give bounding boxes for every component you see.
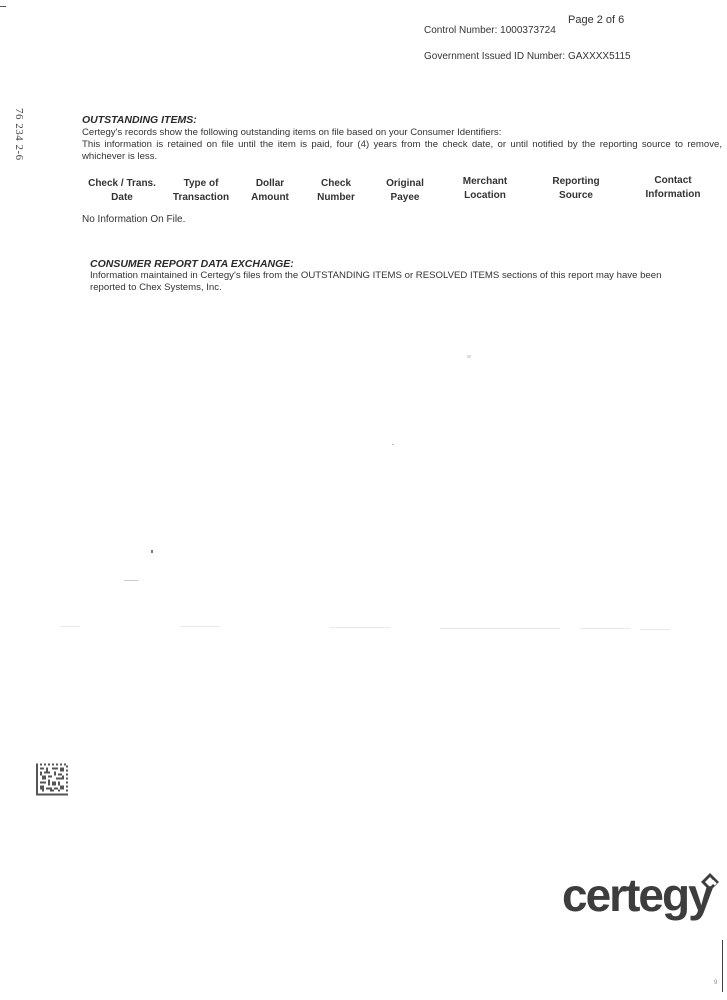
column-header-transaction-type: Type of Transaction [166,177,236,205]
column-header-dollar-amount: Dollar Amount [242,177,298,205]
column-header-line: Source [544,189,608,203]
scan-artifact-line [180,626,220,627]
column-header-merchant-location: Merchant Location [452,175,518,203]
column-header-original-payee: Original Payee [376,177,434,205]
column-header-line: Information [638,188,708,202]
column-header-check-number: Check Number [308,177,364,205]
scan-artifact-line [580,628,630,629]
column-header-line: Dollar [242,177,298,191]
column-header-line: Contact [638,174,708,188]
scan-artifact-line [640,629,670,630]
column-header-check-date: Check / Trans. Date [84,177,160,205]
column-header-line: Transaction [166,191,236,205]
outstanding-items-line1: Certegy's records show the following out… [82,127,722,139]
scan-speck [467,355,471,358]
column-header-contact-information: Contact Information [638,174,708,202]
consumer-report-data-exchange-title: CONSUMER REPORT DATA EXCHANGE: [90,258,294,270]
no-information-message: No Information On File. [82,214,185,225]
datamatrix-barcode-icon [36,763,68,796]
column-header-line: Amount [242,191,298,205]
scan-artifact-line [60,626,80,627]
column-header-line: Number [308,191,364,205]
scan-artifact-line [440,628,560,629]
scan-speck [124,580,138,581]
scan-artifact-line [330,627,390,628]
column-header-line: Merchant [452,175,518,189]
outstanding-items-line2: This information is retained on file unt… [82,139,722,163]
scan-speck [392,444,394,445]
scan-speck [151,550,153,553]
corner-mark [0,6,6,7]
column-header-line: Payee [376,191,434,205]
outstanding-items-description: Certegy's records show the following out… [82,127,722,163]
outstanding-items-title: OUTSTANDING ITEMS: [82,114,197,126]
column-header-line: Date [84,191,160,205]
page-number: Page 2 of 6 [568,14,624,26]
footer-mark: 9 [714,980,717,986]
government-id-number: Government Issued ID Number: GAXXXX5115 [424,51,631,62]
side-reference-code: 76 234 2-6 [13,108,25,161]
column-header-line: Check [308,177,364,191]
control-number: Control Number: 1000373724 [424,25,556,36]
column-header-reporting-source: Reporting Source [544,175,608,203]
column-header-line: Reporting [544,175,608,189]
scan-edge-line [722,940,723,992]
certegy-logo: certegy [562,868,712,922]
consumer-report-data-exchange-body: Information maintained in Certegy's file… [90,270,670,294]
column-header-line: Original [376,177,434,191]
column-header-line: Check / Trans. [84,177,160,191]
column-header-line: Type of [166,177,236,191]
column-header-line: Location [452,189,518,203]
diamond-logo-mark-icon [700,872,720,892]
